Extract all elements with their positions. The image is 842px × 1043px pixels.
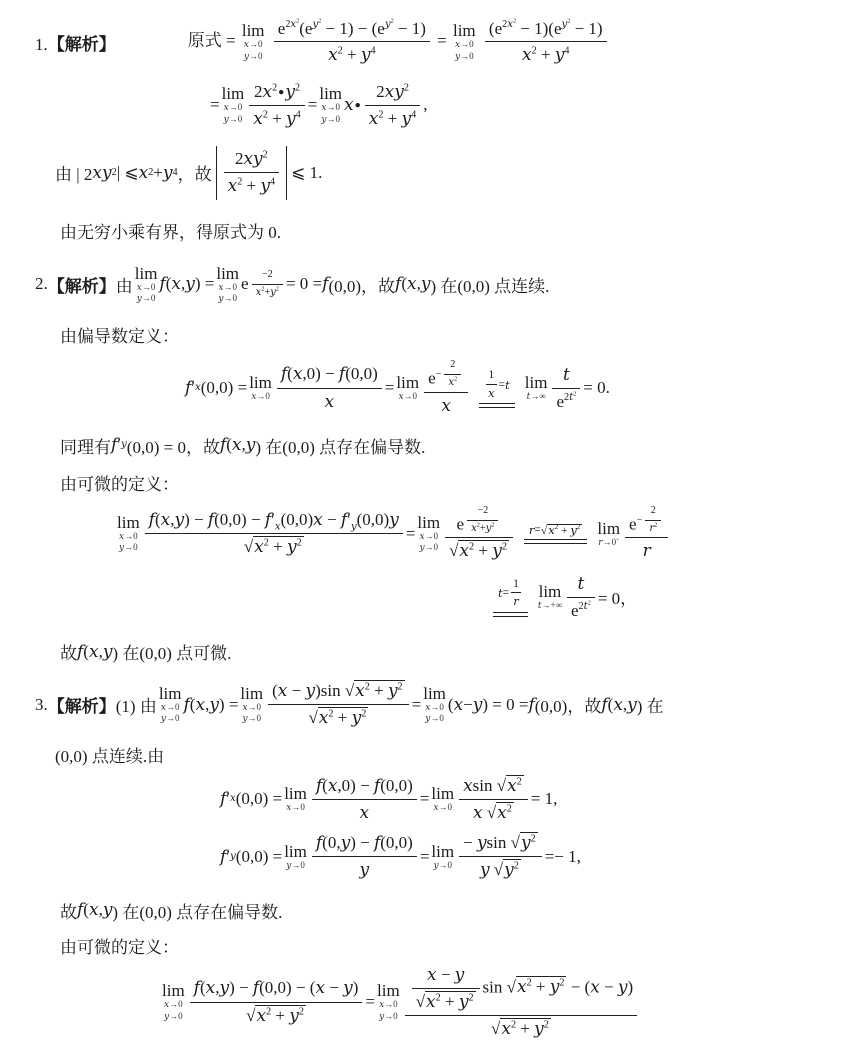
solution-2-differentiability-limit-continuation: t = 1r limt→+∞ te2t2 = 0， bbox=[485, 573, 832, 622]
math-solution-document: 1.【解析】 原式 = limx→0y→0 e2x2(ey2 − 1) − (e… bbox=[0, 0, 842, 1040]
solution-3-fx-partial-derivative-formula: f′x(0,0) = limx→0 f(x,0) − f(0,0)x = lim… bbox=[220, 775, 832, 825]
solution-1-inequality-line: 由 | 2xy2 | ⩽ x2 + y4，故 2xy2x2 + y4 ⩽ 1. bbox=[55, 146, 832, 200]
solution-1-formula-continued: = limx→0y→0 2x2●y2x2 + y4 = limx→0y→0x●2… bbox=[210, 81, 832, 131]
solution-3-differentiability-limit-formula: limx→0y→0 f(x,y) − f(0,0) − (x − y)√x2 +… bbox=[160, 964, 832, 1041]
solution-1-conclusion-line: 由无穷小乘有界，得原式为 0. bbox=[60, 218, 832, 243]
solution-1-label: 1.【解析】 bbox=[35, 30, 116, 55]
solution-2-conclusion-line: 故 f(x,y) 在(0,0) 点可微. bbox=[60, 639, 832, 664]
solution-2-fy-similarly-line: 同理有 f′y(0,0) = 0，故 f(x,y) 在(0,0) 点存在偏导数. bbox=[60, 433, 832, 458]
solution-2-differentiability-limit-formula: limx→0y→0 f(x,y) − f(0,0) − f′x(0,0)x − … bbox=[115, 505, 832, 563]
solution-1-opening-row: 1.【解析】 原式 = limx→0y→0 e2x2(ey2 − 1) − (e… bbox=[35, 18, 832, 67]
solution-2-differentiability-definition-label: 由可微的定义： bbox=[60, 470, 832, 495]
solution-3-fy-partial-derivative-formula: f′y(0,0) = limy→0 f(0,y) − f(0,0)y = lim… bbox=[220, 832, 832, 882]
solution-2-partial-derivative-definition-label: 由偏导数定义： bbox=[60, 322, 832, 347]
solution-3-continuity-line: (0,0) 点连续.由 bbox=[55, 742, 832, 767]
solution-3-opening-row: 3.【解析】(1) 由limx→0y→0f(x,y) = limx→0y→0 (… bbox=[35, 680, 832, 730]
solution-2-opening-row: 2.【解析】由limx→0y→0f(x,y) = limx→0y→0e−2x2+… bbox=[35, 265, 832, 305]
solution-2-fx-partial-derivative-formula: f′x(0,0) = limx→0 f(x,0) − f(0,0)x = lim… bbox=[185, 359, 832, 417]
solution-1-formula-original-expression: 原式 = limx→0y→0 e2x2(ey2 − 1) − (ey2 − 1)… bbox=[188, 18, 610, 67]
solution-3-partials-exist-line: 故 f(x,y) 在(0,0) 点存在偏导数. bbox=[60, 898, 832, 923]
solution-3-differentiability-definition-label: 由可微的定义： bbox=[60, 933, 832, 958]
